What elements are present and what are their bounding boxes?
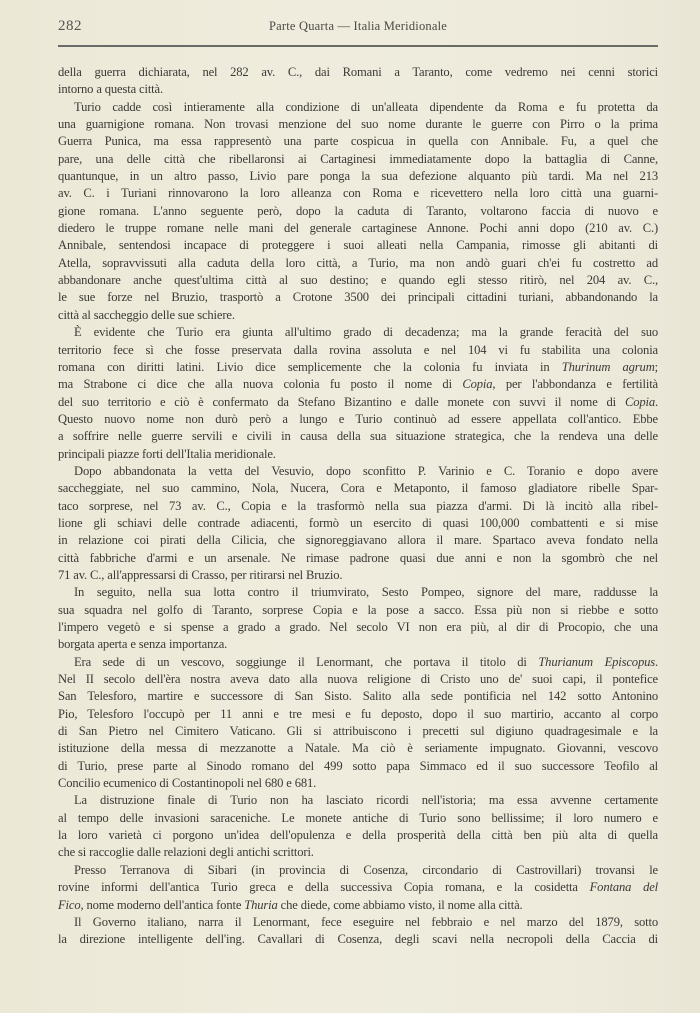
paragraph: In seguito, nella sua lotta contro il tr…: [58, 584, 658, 653]
text-line: Il Governo italiano, narra il Lenormant,…: [58, 914, 658, 931]
paragraph: Era sede di un vescovo, soggiunge il Len…: [58, 654, 658, 793]
paragraph: Dopo abbandonata la vetta del Vesuvio, d…: [58, 463, 658, 584]
text-line: principali piazze forti dell'Italia meri…: [58, 446, 658, 463]
paragraph: della guerra dichiarata, nel 282 av. C.,…: [58, 64, 658, 99]
paragraph: Il Governo italiano, narra il Lenormant,…: [58, 914, 658, 949]
paragraph: Turio cadde così intieramente alla condi…: [58, 99, 658, 324]
running-head: 282 Parte Quarta — Italia Meridionale: [58, 16, 658, 38]
italic-term: Fico: [58, 898, 80, 912]
italic-term: Thuria: [244, 898, 277, 912]
text-line: Pio, Telesforo l'occupò per 11 anni e tr…: [58, 706, 658, 723]
text-line: taco sorprese, nel 73 av. C., Copia e la…: [58, 498, 658, 515]
text-line: Guerra Punica, ma essa rappresentò una p…: [58, 133, 658, 150]
text-line: Nel II secolo dell'èra nostra aveva dato…: [58, 671, 658, 688]
text-line: rovine informi dell'antica Turio greca e…: [58, 879, 658, 896]
text-line: della guerra dichiarata, nel 282 av. C.,…: [58, 64, 658, 81]
italic-term: Copia: [462, 377, 492, 391]
text-line: diedero le truppe romane nelle mani del …: [58, 220, 658, 237]
text-line: quantunque, in un altro passo, Livio par…: [58, 168, 658, 185]
italic-term: Copia: [625, 395, 655, 409]
text-line: del suo territorio e ciò è confermato da…: [58, 394, 658, 411]
text-line: Fico, nome moderno dell'antica fonte Thu…: [58, 897, 658, 914]
text-line: città fabbriche d'armi e un arsenale. Ne…: [58, 550, 658, 567]
text-line: al tempo delle invasioni saraceniche. Le…: [58, 810, 658, 827]
paragraph: Presso Terranova di Sibari (in provincia…: [58, 862, 658, 914]
text-line: La distruzione finale di Turio non ha la…: [58, 792, 658, 809]
text-line: av. C. i Turiani rinnovarono la loro all…: [58, 185, 658, 202]
text-line: pare, una delle città che ribellaronsi a…: [58, 151, 658, 168]
text-line: abbandonare anche quest'ultima città al …: [58, 272, 658, 289]
text-line: sua squadra nel golfo di Taranto, sorpre…: [58, 602, 658, 619]
text-line: Annibale, sentendosi incapace di protegg…: [58, 237, 658, 254]
italic-term: Fontana del: [590, 880, 658, 894]
text-line: Era sede di un vescovo, soggiunge il Len…: [58, 654, 658, 671]
header-rule: [58, 45, 658, 47]
text-line: Dopo abbandonata la vetta del Vesuvio, d…: [58, 463, 658, 480]
text-line: territorio fece sì che fosse preservata …: [58, 342, 658, 359]
italic-term: Thurinum agrum: [562, 360, 655, 374]
text-line: intorno a questa città.: [58, 81, 658, 98]
text-line: ma Strabone ci dice che alla nuova colon…: [58, 376, 658, 393]
text-line: È evidente che Turio era giunta all'ulti…: [58, 324, 658, 341]
text-line: Questo nuovo nome non durò però a lungo …: [58, 411, 658, 428]
running-title: Parte Quarta — Italia Meridionale: [58, 19, 658, 34]
text-line: l'impero vegetò e si spense a grado a gr…: [58, 619, 658, 636]
text-line: istituzione della messa di mezzanotte a …: [58, 740, 658, 757]
text-line: una guarnigione romana. Non trovasi menz…: [58, 116, 658, 133]
text-line: in relazione coi pirati della Cilicia, c…: [58, 532, 658, 549]
text-line: In seguito, nella sua lotta contro il tr…: [58, 584, 658, 601]
text-line: 71 av. C., all'appressarsi di Crasso, pe…: [58, 567, 658, 584]
text-line: Presso Terranova di Sibari (in provincia…: [58, 862, 658, 879]
text-line: che si raccoglie dalle relazioni degli a…: [58, 844, 658, 861]
text-line: a soffrire nelle guerre servili e civili…: [58, 428, 658, 445]
text-line: San Telesforo, martire e successore di S…: [58, 688, 658, 705]
text-line: la loro varietà ci porgono un'idea dell'…: [58, 827, 658, 844]
text-line: Atella, sopravvissuti alla caduta della …: [58, 255, 658, 272]
text-line: saccheggiate, nel suo cammino, Nola, Nuc…: [58, 480, 658, 497]
text-line: gione romana. L'anno seguente però, dopo…: [58, 203, 658, 220]
text-line: città al saccheggio delle sue schiere.: [58, 307, 658, 324]
text-line: Concilio ecumenico di Costantinopoli nel…: [58, 775, 658, 792]
text-line: la direzione intelligente dell'ing. Cava…: [58, 931, 658, 948]
paragraph: È evidente che Turio era giunta all'ulti…: [58, 324, 658, 463]
book-page: 282 Parte Quarta — Italia Meridionale de…: [0, 0, 700, 1013]
text-line: lione gli schiavi delle contrade adiacen…: [58, 515, 658, 532]
italic-term: Thurianum Episcopus: [538, 655, 655, 669]
text-line: romana con diritti latini. Livio dice se…: [58, 359, 658, 376]
text-line: borgata aperta e senza importanza.: [58, 636, 658, 653]
body-text: della guerra dichiarata, nel 282 av. C.,…: [58, 64, 658, 949]
text-line: di San Pietro nel Cimitero Vaticano. Gli…: [58, 723, 658, 740]
text-line: le sue forze nel Bruzio, trasportò a Cro…: [58, 289, 658, 306]
text-line: Turio cadde così intieramente alla condi…: [58, 99, 658, 116]
paragraph: La distruzione finale di Turio non ha la…: [58, 792, 658, 861]
text-line: di Turio, prese parte al Sinodo romano d…: [58, 758, 658, 775]
